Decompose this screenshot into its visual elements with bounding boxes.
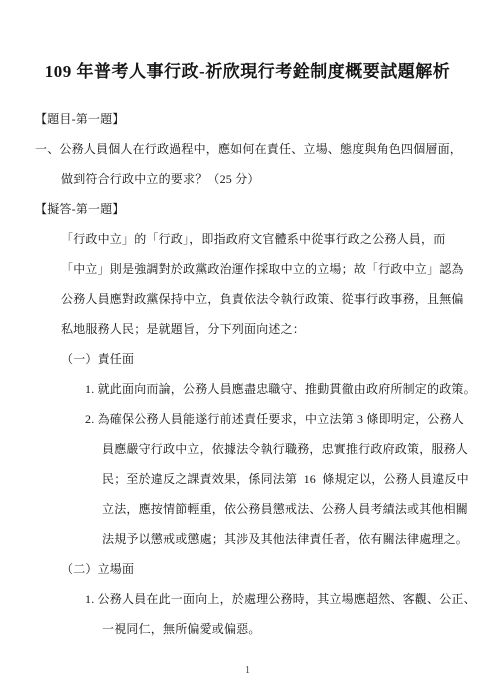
- document-page: 109 年普考人事行政-祈欣現行考銓制度概要試題解析 【題目-第一題】 一、公務…: [0, 0, 495, 700]
- subsection-heading-stance: （二）立場面: [61, 554, 495, 584]
- numbered-item-line: 一視同仁，無所偏愛或偏惡。: [102, 614, 495, 644]
- question-text-line: 一、公務人員個人在行政過程中，應如何在責任、立場、態度與角色四個層面，: [35, 134, 495, 164]
- document-body: 【題目-第一題】 一、公務人員個人在行政過程中，應如何在責任、立場、態度與角色四…: [0, 104, 495, 644]
- document-title: 109 年普考人事行政-祈欣現行考銓制度概要試題解析: [0, 57, 495, 82]
- numbered-item-line: 民；至於違反之課責效果，係同法第 16 條規定以，公務人員違反中: [102, 464, 495, 494]
- answer-paragraph-line: 「行政中立」的「行政」，即指政府文官體系中從事行政之公務人員，而: [61, 224, 495, 254]
- numbered-item-line: 1. 公務人員在此一面向上，於處理公務時，其立場應超然、客觀、公正、: [85, 584, 495, 614]
- section-heading-question-1: 【題目-第一題】: [35, 104, 495, 134]
- question-text-line: 做到符合行政中立的要求？（25 分）: [61, 164, 495, 194]
- subsection-heading-responsibility: （一）責任面: [61, 344, 495, 374]
- answer-paragraph-line: 公務人員應對政黨保持中立，負責依法令執行政策、從事行政事務，且無偏: [61, 284, 495, 314]
- answer-paragraph-line: 「中立」則是強調對於政黨政治運作採取中立的立場；故「行政中立」認為: [61, 254, 495, 284]
- numbered-item-line: 員應嚴守行政中立，依據法令執行職務，忠實推行政府政策，服務人: [102, 434, 495, 464]
- numbered-item-line: 立法，應按情節輕重，依公務員懲戒法、公務人員考績法或其他相關: [102, 494, 495, 524]
- page-number: 1: [0, 665, 495, 676]
- numbered-item-line: 法規予以懲戒或懲處；其涉及其他法律責任者，依有關法律處理之。: [102, 524, 495, 554]
- answer-paragraph-line: 私地服務人民；是就題旨，分下列面向述之：: [61, 314, 495, 344]
- section-heading-answer-1: 【擬答-第一題】: [35, 194, 495, 224]
- numbered-item-line: 1. 就此面向而論，公務人員應盡忠職守、推動貫徹由政府所制定的政策。: [85, 374, 495, 404]
- numbered-item-line: 2. 為確保公務人員能遂行前述責任要求，中立法第 3 條即明定，公務人: [85, 404, 495, 434]
